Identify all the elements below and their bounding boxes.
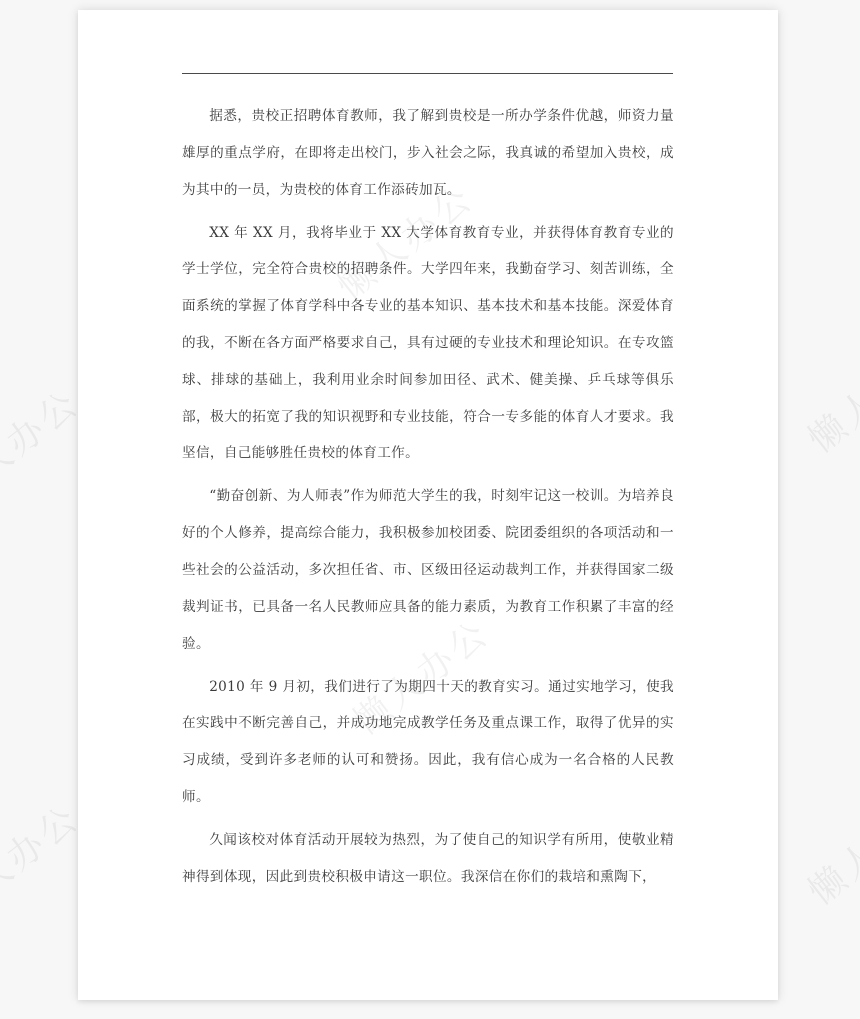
header-rule <box>182 73 673 74</box>
watermark: 懒人办公 <box>796 776 860 915</box>
paragraph: 据悉，贵校正招聘体育教师，我了解到贵校是一所办学条件优越，师资力量雄厚的重点学府… <box>182 98 674 208</box>
watermark: 懒人办公 <box>0 376 89 515</box>
paragraph: XX 年 XX 月，我将毕业于 XX 大学体育教育专业，并获得体育教育专业的学士… <box>182 215 674 473</box>
paragraph: “勤奋创新、为人师表”作为师范大学生的我，时刻牢记这一校训。为培养良好的个人修养… <box>182 478 674 662</box>
paragraph: 久闻该校对体育活动开展较为热烈，为了使自己的知识学有所用，使敬业精神得到体现，因… <box>182 822 674 896</box>
document-viewer: 懒人办公 懒人办公 懒人办公 懒人办公 懒人办公 懒人办公 据悉，贵校正招聘体育… <box>0 0 860 1019</box>
document-body: 据悉，贵校正招聘体育教师，我了解到贵校是一所办学条件优越，师资力量雄厚的重点学府… <box>182 98 674 902</box>
watermark: 懒人办公 <box>796 324 860 463</box>
paragraph: 2010 年 9 月初，我们进行了为期四十天的教育实习。通过实地学习，使我在实践… <box>182 669 674 816</box>
watermark: 懒人办公 <box>0 791 89 930</box>
document-page: 懒人办公 懒人办公 据悉，贵校正招聘体育教师，我了解到贵校是一所办学条件优越，师… <box>78 10 778 1000</box>
